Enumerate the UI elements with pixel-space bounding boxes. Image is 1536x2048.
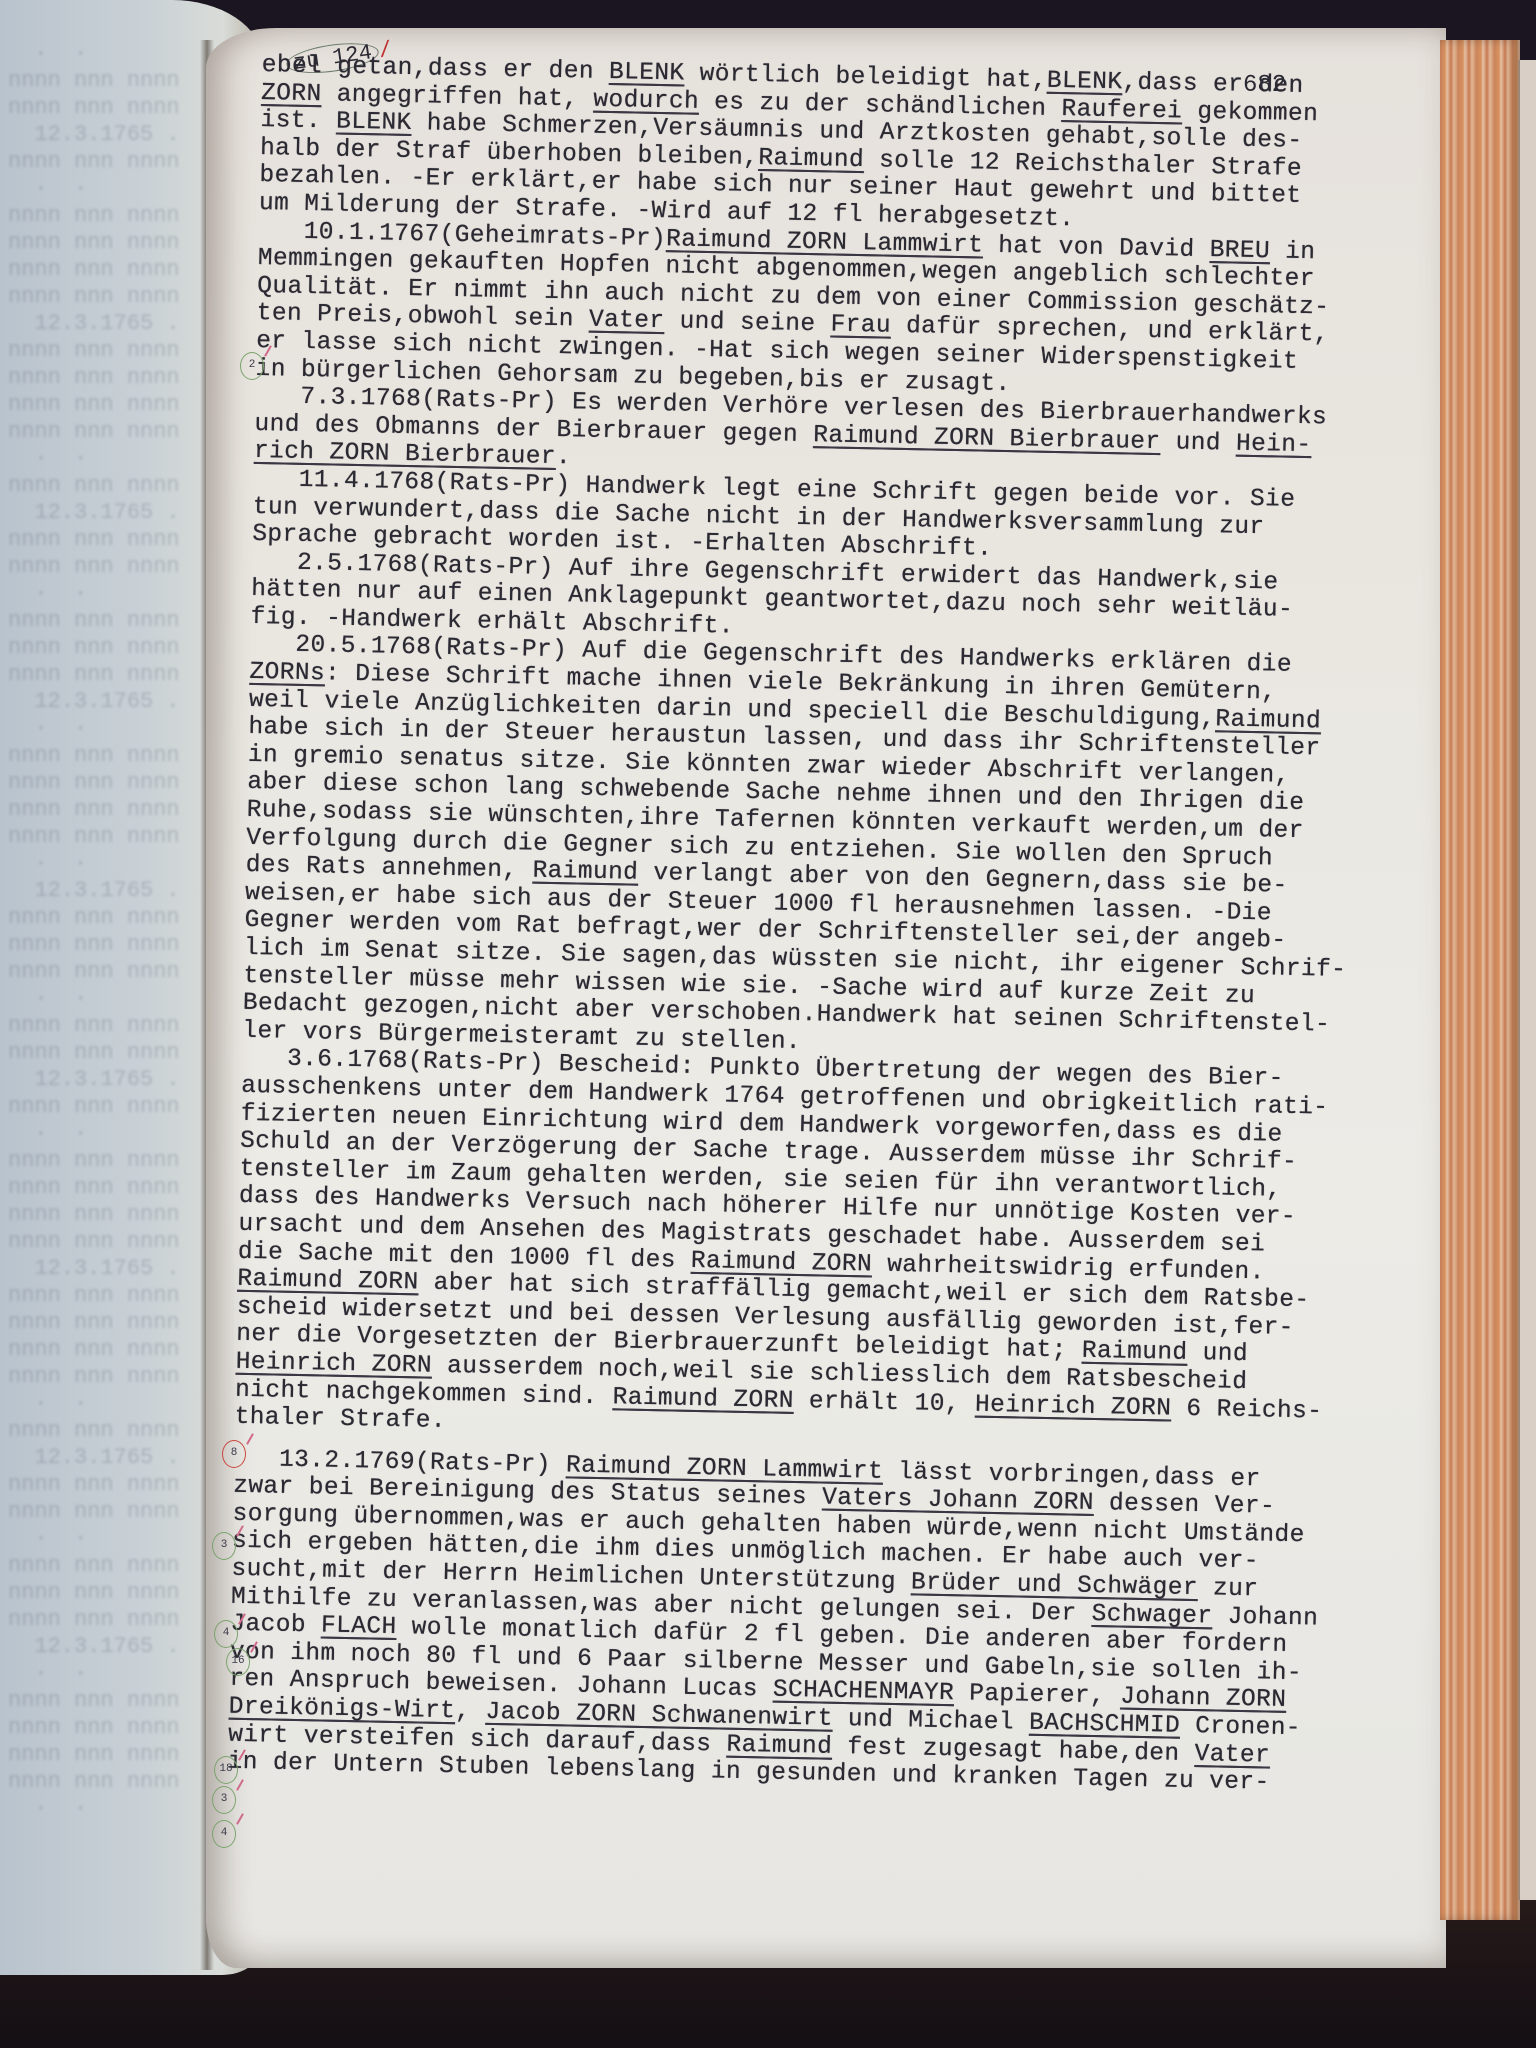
text-segment: und — [1160, 429, 1236, 458]
page-edge-stack — [1440, 40, 1520, 1920]
text-segment: zur — [1198, 1575, 1259, 1603]
underlined-name: Hein- — [1236, 430, 1312, 459]
underlined-name: Johann ZORN — [1120, 1684, 1287, 1714]
underlined-name: Vater — [589, 307, 665, 336]
margin-annotation-mark: 16 — [226, 1648, 250, 1676]
margin-annotation-mark: 3 — [212, 1532, 236, 1560]
margin-annotation-mark: 18 — [214, 1756, 238, 1784]
underlined-name: Raimund — [532, 858, 638, 887]
underlined-name: Heinrich ZORN — [235, 1349, 432, 1380]
underlined-name: Rauferei — [1061, 96, 1182, 125]
text-segment: hat von David — [983, 232, 1210, 264]
text-segment: Papierer, — [954, 1681, 1121, 1711]
text-segment: in — [1270, 238, 1316, 266]
underlined-name: BLENK — [1047, 68, 1123, 97]
underlined-name: Raimund ZORN — [237, 1266, 419, 1297]
underlined-name: Raimund — [1082, 1338, 1188, 1367]
underlined-name: Raimund ZORN — [691, 1247, 873, 1278]
underlined-name: BREU — [1209, 237, 1270, 265]
margin-annotation-mark: 2 — [240, 352, 264, 380]
underlined-name: Vater — [1194, 1741, 1270, 1770]
underlined-name: BLENK — [336, 109, 412, 138]
underlined-name: Heinrich ZORN — [975, 1391, 1172, 1422]
margin-annotation-mark: 8 — [222, 1440, 246, 1468]
text-segment: ,dass er den — [1122, 69, 1304, 100]
text-segment: . — [556, 444, 572, 471]
margin-annotation-mark: 4 — [214, 1620, 238, 1648]
underlined-name: ZORN — [261, 80, 322, 108]
margin-annotation-mark: 4 — [212, 1820, 236, 1848]
text-segment: erhält 10, — [794, 1387, 976, 1418]
text-segment: und Michael — [833, 1706, 1030, 1737]
underlined-name: wodurch — [593, 86, 699, 115]
text-segment: dessen Ver- — [1094, 1490, 1276, 1521]
text-segment: thaler Strafe. — [234, 1404, 446, 1435]
text-segment: 6 Reichs- — [1171, 1395, 1323, 1425]
underlined-name: Raimund — [758, 145, 864, 174]
next-page-edge — [1518, 60, 1536, 1900]
underlined-name: FLACH — [321, 1613, 397, 1642]
underlined-name: Schwager — [1091, 1601, 1212, 1630]
underlined-name: Dreikönigs-Wirt — [229, 1694, 456, 1726]
underlined-name: BACHSCHMID — [1029, 1710, 1181, 1740]
text-segment: Johann — [1212, 1603, 1318, 1632]
margin-annotation-mark: 3 — [212, 1786, 236, 1814]
typewritten-text-block: ebel getan,dass er den BLENK wörtlich be… — [227, 52, 1441, 1800]
underlined-name: SCHACHENMAYR — [773, 1677, 955, 1708]
text-segment: , — [455, 1698, 486, 1726]
text-segment: ist. — [260, 107, 336, 136]
text-segment: gekommen — [1182, 98, 1318, 128]
underlined-name: Raimund ZORN — [612, 1384, 794, 1415]
underlined-name: Frau — [830, 312, 891, 340]
text-segment: und seine — [664, 308, 831, 338]
underlined-name: ZORNs — [249, 659, 325, 688]
underlined-name: Raimund — [1215, 706, 1321, 735]
text-segment: und — [1187, 1340, 1248, 1368]
text-segment: Cronen- — [1180, 1713, 1301, 1742]
underlined-name: Raimund — [726, 1731, 832, 1760]
underlined-name: BLENK — [609, 59, 685, 88]
